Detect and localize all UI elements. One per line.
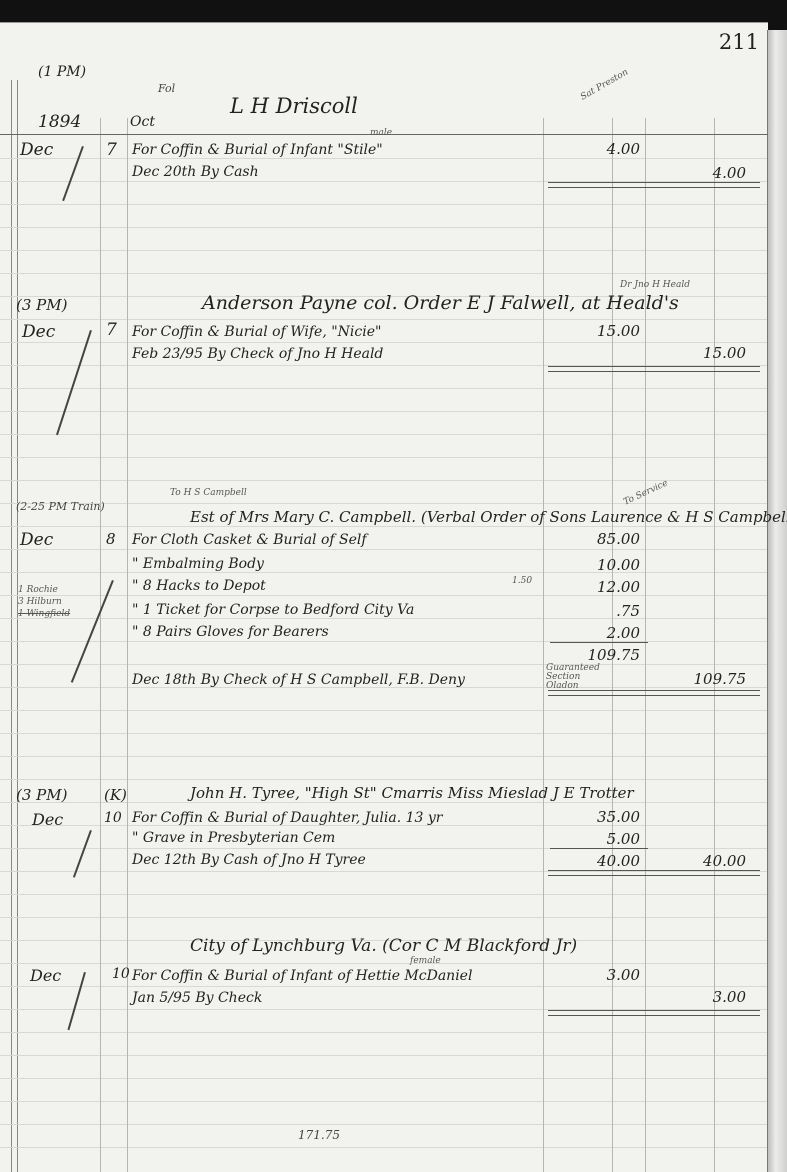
margin-note-line: 3 Hilburn: [18, 596, 78, 608]
debit-amount: 40.00: [570, 852, 640, 870]
subtotal-rule: [550, 642, 648, 643]
entry-line: " 8 Pairs Gloves for Bearers: [132, 624, 329, 640]
debit-amount: 10.00: [570, 556, 640, 574]
entry-month: Dec: [32, 810, 63, 829]
total-rule: [548, 870, 760, 876]
entry-day: 8: [106, 530, 116, 548]
page-number: 211: [719, 30, 759, 54]
ruled-line: [0, 848, 767, 849]
entry-name: Est of Mrs Mary C. Campbell. (Verbal Ord…: [190, 508, 787, 526]
superscript-note: male: [370, 128, 392, 138]
total-rule: [548, 366, 760, 372]
entry-name: Anderson Payne col. Order E J Falwell, a…: [202, 292, 679, 314]
ruled-line: [0, 526, 767, 527]
superscript-note: female: [410, 956, 441, 966]
entry-line: For Coffin & Burial of Infant "Stile": [132, 142, 383, 158]
ledger-page: [0, 22, 768, 1172]
ruled-line: [0, 204, 767, 205]
entry-line: For Coffin & Burial of Wife, "Nicie": [132, 324, 381, 340]
entry-name: John H. Tyree, "High St" Cmarris Miss Mi…: [190, 784, 634, 802]
debit-amount: 35.00: [570, 808, 640, 826]
ruled-line: [0, 664, 767, 665]
guarantee-note: Guaranteed Section Oladon: [546, 664, 612, 691]
ruled-line: [0, 480, 767, 481]
entry-name: L H Driscoll: [230, 94, 358, 118]
debit-amount: 5.00: [570, 830, 640, 848]
ruled-line: [0, 572, 767, 573]
ruled-line: [0, 917, 767, 918]
entry-time: (3 PM): [16, 786, 67, 804]
debit-amount: 85.00: [570, 530, 640, 548]
ruled-line: [0, 894, 767, 895]
header-year: 1894: [38, 112, 81, 132]
entry-line: For Coffin & Burial of Infant of Hettie …: [132, 968, 472, 984]
margin-note-line: 1 Rochie: [18, 584, 78, 596]
ruled-line: [0, 986, 767, 987]
debit-amount: 12.00: [570, 578, 640, 596]
header-month-abbr: Oct: [130, 114, 155, 130]
column-line-date: [100, 118, 101, 1172]
ruled-line: [0, 1055, 767, 1056]
ruled-line: [0, 595, 767, 596]
ruled-line: [0, 1032, 767, 1033]
ruled-line: [0, 963, 767, 964]
entry-month: Dec: [30, 966, 61, 985]
debit-amount: 15.00: [570, 322, 640, 340]
entry-line: Dec 18th By Check of H S Campbell, F.B. …: [132, 672, 465, 688]
margin-note: 1 Rochie3 Hilburn1 Wingfield: [18, 584, 78, 620]
header-folio: Fol: [158, 82, 175, 95]
credit-amount: 15.00: [676, 344, 746, 362]
credit-amount: 40.00: [676, 852, 746, 870]
ruled-line: [0, 779, 767, 780]
ruled-line: [0, 710, 767, 711]
entry-line: " 1 Ticket for Corpse to Bedford City Va: [132, 602, 414, 618]
debit-amount: 3.00: [570, 966, 640, 984]
entry-line: For Cloth Casket & Burial of Self: [132, 532, 367, 548]
total-rule: [548, 182, 760, 188]
entry-line: Feb 23/95 By Check of Jno H Heald: [132, 346, 383, 362]
entry-time: (3 PM): [16, 296, 67, 314]
credit-amount: 4.00: [676, 164, 746, 182]
subtotal-amount: 109.75: [570, 646, 640, 664]
entry-line: " Embalming Body: [132, 556, 264, 572]
column-line-desc: [127, 118, 128, 1172]
ruled-line: [0, 641, 767, 642]
page-edge: [767, 30, 787, 1172]
debit-amount: 2.00: [570, 624, 640, 642]
subtotal-rule: [550, 848, 648, 849]
entry-line: Dec 20th By Cash: [132, 164, 259, 180]
ruled-line: [0, 1124, 767, 1125]
ruled-line: [0, 250, 767, 251]
ruled-line: [0, 388, 767, 389]
entry-line: Dec 12th By Cash of Jno H Tyree: [132, 852, 366, 868]
entry-time: (2-25 PM Train): [16, 500, 105, 513]
ruled-line: [0, 227, 767, 228]
ruled-line: [0, 1078, 767, 1079]
ruled-line: [0, 434, 767, 435]
ruled-line: [0, 733, 767, 734]
entry-day: 10: [112, 966, 130, 982]
entry-day: 10: [104, 810, 122, 826]
ruled-line: [0, 273, 767, 274]
total-rule: [548, 690, 760, 696]
folio-note: (K): [104, 786, 127, 804]
entry-month: Dec: [20, 140, 53, 160]
ruled-line: [0, 756, 767, 757]
debit-amount: 4.00: [570, 140, 640, 158]
credit-amount: 109.75: [676, 670, 746, 688]
credit-amount: 3.00: [676, 988, 746, 1006]
header-time: (1 PM): [38, 64, 86, 80]
entry-month: Dec: [20, 530, 53, 550]
entry-day: 7: [106, 320, 117, 340]
ruled-line: [0, 503, 767, 504]
page-footer-total: 171.75: [298, 1128, 340, 1142]
ruled-line: [0, 549, 767, 550]
entry-day: 7: [106, 140, 117, 160]
ruled-line: [0, 1147, 767, 1148]
ruled-line: [0, 342, 767, 343]
rate-note: 1.50: [512, 576, 532, 586]
total-rule: [548, 1010, 760, 1016]
entry-line: Jan 5/95 By Check: [132, 990, 262, 1006]
ruled-line: [0, 1101, 767, 1102]
ruled-line: [0, 411, 767, 412]
entry-line: For Coffin & Burial of Daughter, Julia. …: [132, 810, 442, 826]
entry-line: " Grave in Presbyterian Cem: [132, 830, 335, 846]
ruled-line: [0, 618, 767, 619]
column-line-debit: [543, 118, 544, 1172]
entry-month: Dec: [22, 322, 55, 342]
check-note: To H S Campbell: [170, 488, 247, 498]
ruled-line: [0, 457, 767, 458]
margin-note-line: 1 Wingfield: [18, 608, 78, 620]
entry-name: City of Lynchburg Va. (Cor C M Blackford…: [190, 936, 577, 956]
debit-amount: .75: [570, 602, 640, 620]
entry-line: " 8 Hacks to Depot: [132, 578, 266, 594]
side-note: Dr Jno H Heald: [620, 280, 690, 290]
